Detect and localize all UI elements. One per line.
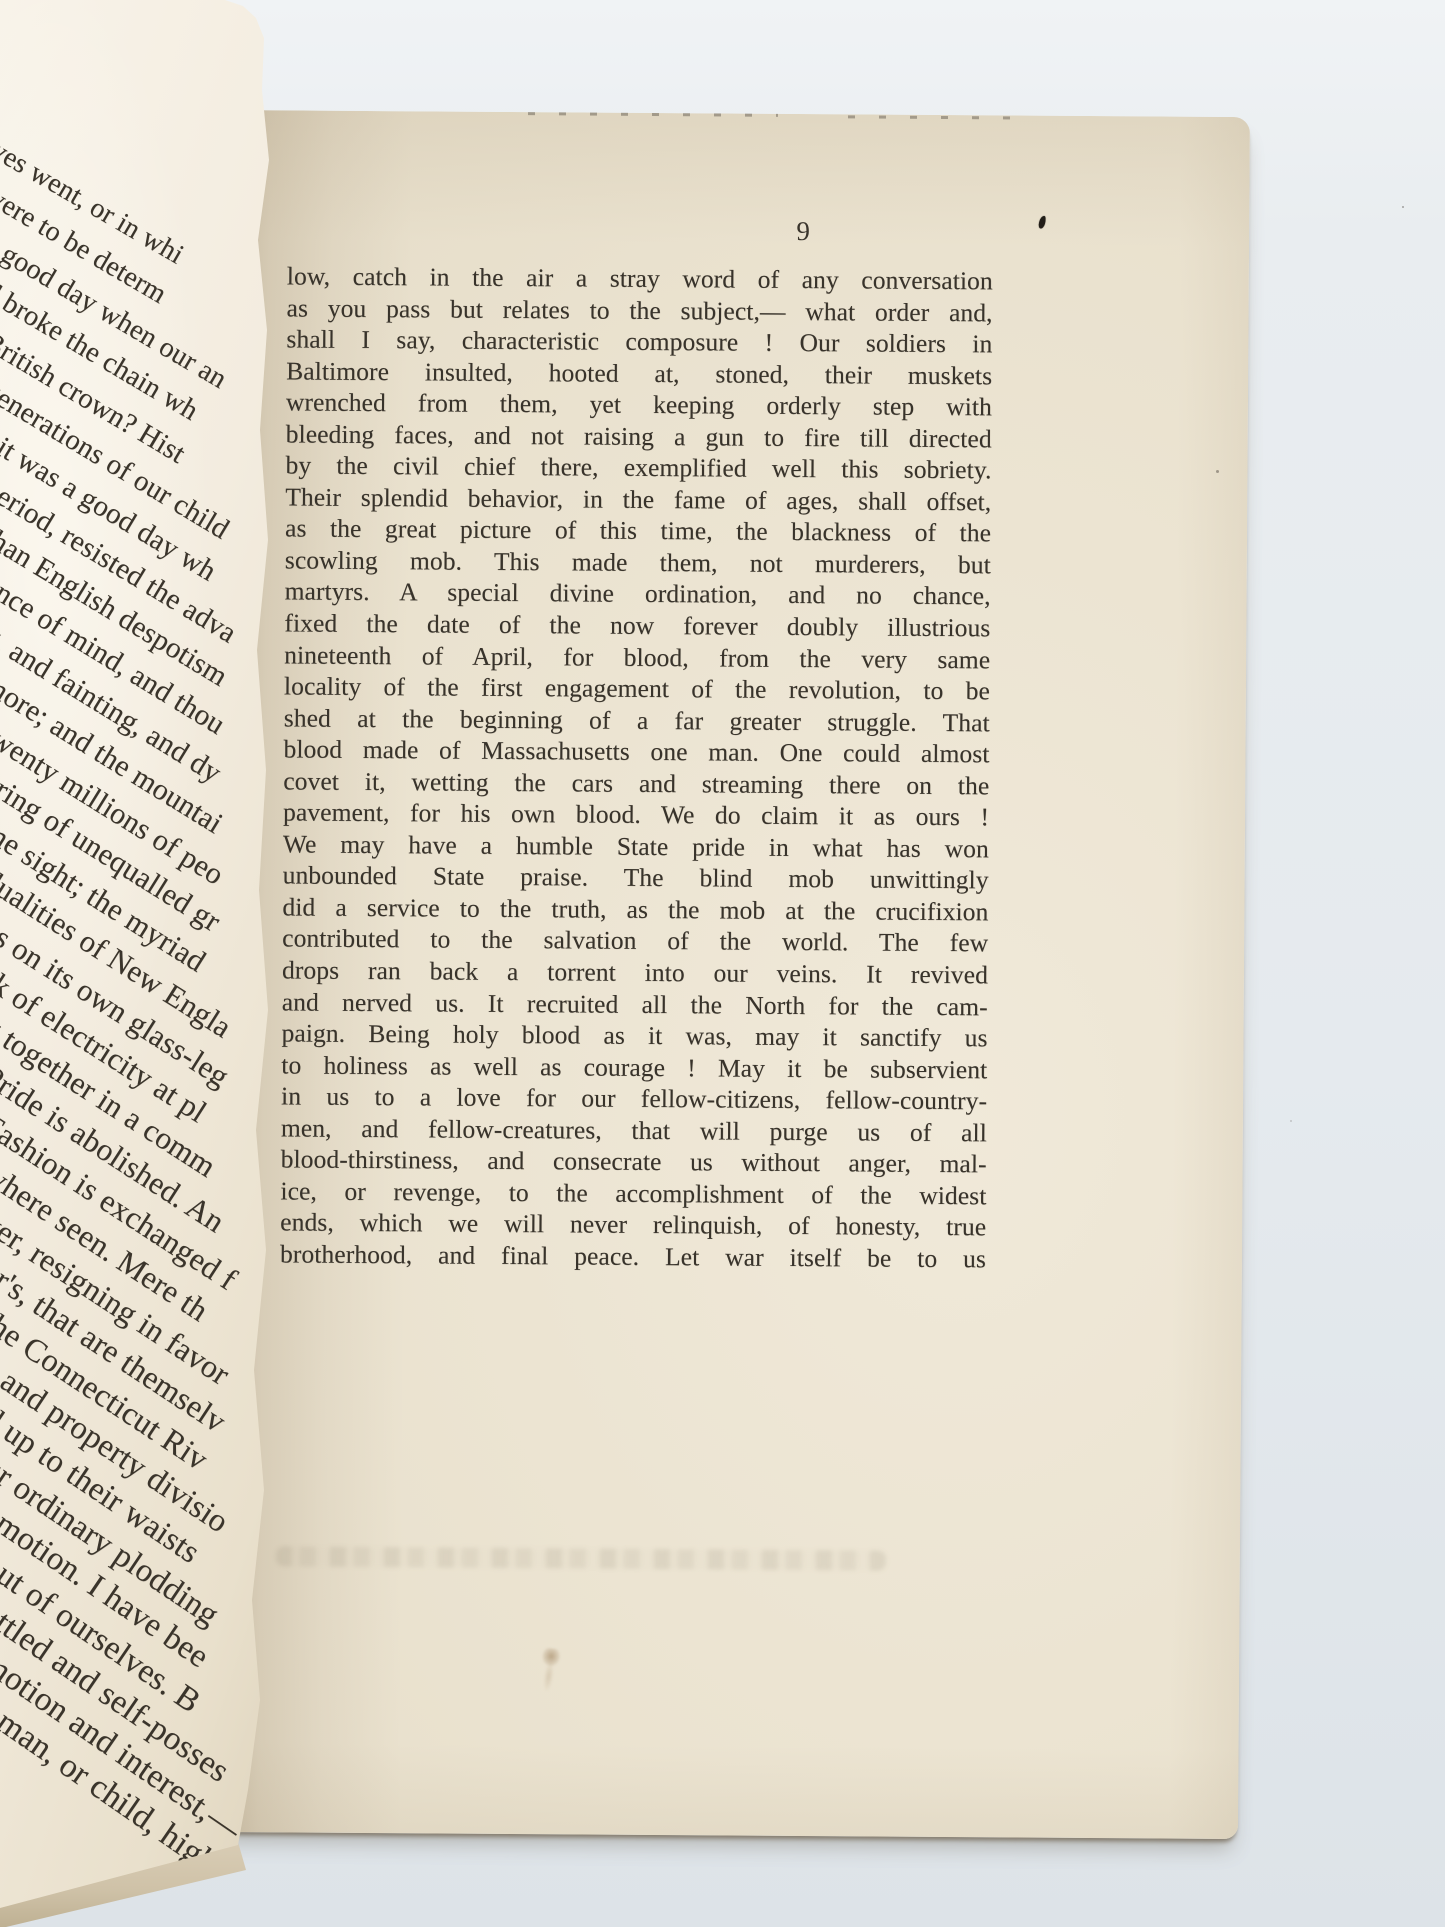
text-line: to holiness as well as courage ! May it …	[281, 1049, 987, 1085]
text-line: covet it, wetting the cars and streaming…	[283, 765, 989, 801]
text-line: did a service to the truth, as the mob a…	[282, 891, 988, 927]
text-line: locality of the first engagement of the …	[284, 671, 990, 707]
text-line: ends, which we will never relinquish, of…	[280, 1207, 986, 1243]
text-line: men, and fellow-creatures, that will pur…	[281, 1112, 987, 1148]
page-edge-specks	[848, 115, 1018, 119]
right-page: 9 low, catch in the air a stray word of …	[216, 110, 1250, 1839]
dust-speck	[1290, 1120, 1292, 1122]
page-edge-specks	[528, 112, 778, 117]
ink-speck	[1038, 215, 1047, 229]
left-page: 8 ives went, or in whiwere to be determa…	[0, 0, 282, 1927]
text-line: brotherhood, and final peace. Let war it…	[280, 1238, 986, 1274]
text-line: martyrs. A special divine ordination, an…	[285, 576, 991, 612]
stain-mark	[536, 1647, 562, 1693]
text-line: as the great picture of this time, the b…	[285, 513, 991, 549]
text-line: unbounded State praise. The blind mob un…	[283, 860, 989, 896]
dust-speck	[1216, 470, 1219, 473]
text-line: blood-thirstiness, and consecrate us wit…	[281, 1144, 987, 1180]
text-line: ice, or revenge, to the accomplishment o…	[280, 1175, 986, 1211]
page-text: ives went, or in whiwere to be determa g…	[0, 0, 282, 1927]
dust-speck	[1402, 206, 1404, 208]
text-line: paign. Being holy blood as it was, may i…	[281, 1018, 987, 1054]
page-number: 9	[783, 216, 823, 247]
show-through-smudge	[276, 1546, 886, 1570]
text-line: and nerved us. It recruited all the Nort…	[282, 986, 988, 1022]
text-line: drops ran back a torrent into our veins.…	[282, 954, 988, 990]
text-line: as you pass but relates to the subject,—…	[287, 292, 993, 328]
text-line: nineteenth of April, for blood, from the…	[284, 639, 990, 675]
text-line: Baltimore insulted, hooted at, stoned, t…	[286, 355, 992, 391]
text-line: by the civil chief there, exemplified we…	[285, 450, 991, 486]
text-line: fixed the date of the now forever doubly…	[284, 607, 990, 643]
book-photo: 9 low, catch in the air a stray word of …	[0, 0, 1445, 1927]
text-line: low, catch in the air a stray word of an…	[287, 260, 993, 296]
text-line: We may have a humble State pride in what…	[283, 828, 989, 864]
text-line: Their splendid behavior, in the fame of …	[285, 481, 991, 517]
text-line: in us to a love for our fellow-citizens,…	[281, 1081, 987, 1117]
page-text: low, catch in the air a stray word of an…	[280, 260, 993, 1274]
text-line: contributed to the salvation of the worl…	[282, 923, 988, 959]
text-line: wrenched from them, yet keeping orderly …	[286, 387, 992, 423]
text-line: bleeding faces, and not raising a gun to…	[286, 418, 992, 454]
text-line: scowling mob. This made them, not murder…	[285, 544, 991, 580]
text-line: pavement, for his own blood. We do claim…	[283, 797, 989, 833]
text-line: blood made of Massachusetts one man. One…	[283, 734, 989, 770]
text-line: shall I say, characteristic composure ! …	[286, 324, 992, 360]
text-line: shed at the beginning of a far greater s…	[284, 702, 990, 738]
